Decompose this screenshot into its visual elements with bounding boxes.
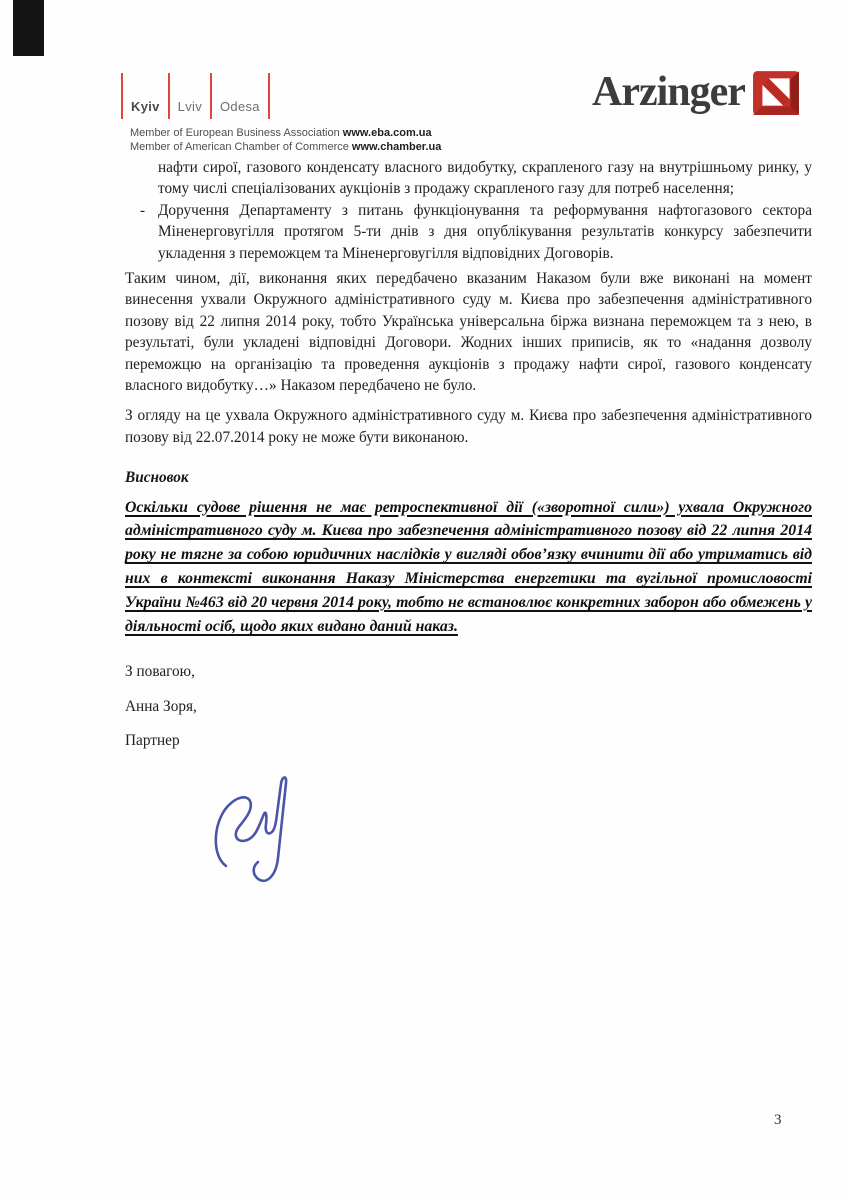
conclusion-heading: Висновок [125, 467, 812, 488]
membership-eba-url: www.eba.com.ua [343, 127, 432, 139]
arzinger-wordmark: Arzinger [592, 68, 745, 116]
scan-artifact-mark [13, 0, 44, 56]
membership-acc-url: www.chamber.ua [352, 141, 441, 153]
city-divider-bar [268, 73, 270, 119]
membership-eba-label: Member of European Business Association [130, 127, 340, 139]
list-item: нафти сирої, газового конденсату власног… [125, 157, 812, 200]
city-lviv: Lviv [178, 99, 202, 114]
arzinger-logo: Arzinger [592, 68, 800, 116]
paragraph-ruling: З огляду на це ухвала Окружного адмініст… [125, 405, 812, 448]
membership-acc-label: Member of American Chamber of Commerce [130, 141, 349, 153]
bullet-marker: - [140, 200, 145, 221]
membership-eba: Member of European Business Association … [130, 126, 441, 140]
city-divider-bar [210, 73, 212, 119]
bullet-text: нафти сирої, газового конденсату власног… [158, 159, 812, 197]
closing-name: Анна Зоря, [125, 696, 812, 717]
bullet-text: Доручення Департаменту з питань функціон… [158, 202, 812, 262]
handwritten-signature [206, 770, 301, 890]
membership-acc: Member of American Chamber of Commerce w… [130, 140, 441, 154]
bullet-list: нафти сирої, газового конденсату власног… [125, 157, 812, 264]
closing-salutation: З повагою, [125, 661, 812, 682]
city-divider-bar [121, 73, 123, 119]
office-cities: Kyiv Lviv Odesa [121, 73, 270, 119]
city-divider-bar [168, 73, 170, 119]
city-kyiv: Kyiv [131, 99, 160, 114]
conclusion-text: Оскільки судове рішення не має ретроспек… [125, 496, 812, 639]
paragraph-summary: Таким чином, дії, виконання яких передба… [125, 268, 812, 396]
membership-lines: Member of European Business Association … [130, 126, 441, 154]
closing-block: З повагою, Анна Зоря, Партнер [125, 661, 812, 751]
city-odesa: Odesa [220, 99, 260, 114]
page-number: 3 [774, 1112, 782, 1129]
list-item: - Доручення Департаменту з питань функці… [125, 200, 812, 264]
scanned-letter-page: Kyiv Lviv Odesa Member of European Busin… [0, 0, 848, 1200]
arzinger-logo-icon [752, 68, 800, 116]
closing-title: Партнер [125, 730, 812, 751]
letter-body: нафти сирої, газового конденсату власног… [125, 157, 812, 765]
